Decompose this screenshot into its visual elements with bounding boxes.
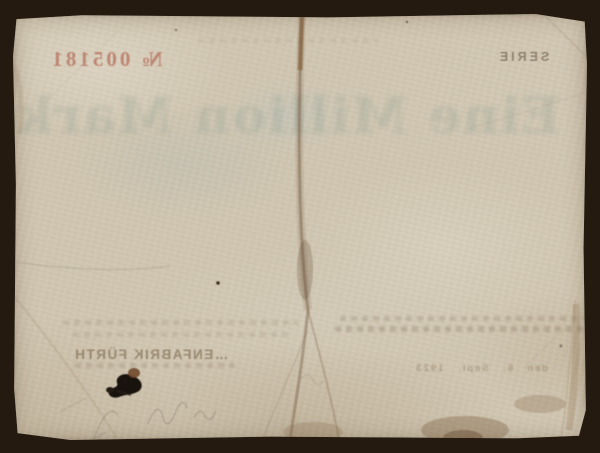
show-through-smudge-row	[75, 363, 235, 368]
crease-right-lower	[525, 312, 587, 368]
show-through-smudge-row	[73, 332, 288, 337]
show-through-smudge-row	[340, 316, 585, 321]
banknote-reverse: № 005181 SERIE Eine Million Mark …ENFABR…	[13, 14, 587, 440]
show-through-smudge-row	[198, 38, 378, 43]
fold-stain-middle	[297, 240, 313, 300]
issuer-name-mirrored: …ENFABRIK FÜRTH	[61, 347, 241, 362]
date-line-mirrored: den 6. Sept. 1923	[391, 363, 571, 374]
wear-overlay	[13, 14, 587, 440]
fold-branch-right	[308, 310, 339, 440]
denomination-ghost-mirrored: Eine Million Mark	[38, 86, 560, 145]
ink-blot-brown-cap	[128, 368, 140, 378]
crease-right-upper	[470, 92, 587, 128]
speck	[406, 21, 408, 23]
crease-top-left-diagonal	[14, 22, 128, 134]
stain-left-edge	[14, 66, 21, 134]
center-fold-crease	[299, 14, 308, 310]
speck	[175, 29, 177, 31]
serie-label-mirrored: SERIE	[483, 50, 563, 64]
ink-blot-satellite	[106, 387, 114, 393]
ink-blot	[109, 374, 142, 398]
show-through-smudge-row	[63, 320, 298, 325]
crease-left-horizontal	[14, 262, 170, 269]
pencil-scribbles	[60, 375, 324, 440]
speck	[560, 345, 563, 348]
crease-bottom-left-diagonal	[14, 296, 118, 440]
center-fold-crease	[299, 14, 308, 310]
serial-number-mirrored: № 005181	[36, 47, 176, 72]
speck	[216, 281, 220, 285]
ink-blot-tail	[117, 391, 131, 395]
stain-bottom-center	[421, 416, 509, 440]
fold-branch-left	[290, 310, 308, 440]
stain-right-edge	[569, 304, 577, 430]
fold-branch-faint	[262, 330, 308, 440]
show-through-smudge-row	[335, 326, 590, 332]
crease-right-vertical	[561, 300, 575, 440]
fold-stain-top	[300, 14, 302, 70]
stain-bottom-right	[514, 395, 566, 413]
